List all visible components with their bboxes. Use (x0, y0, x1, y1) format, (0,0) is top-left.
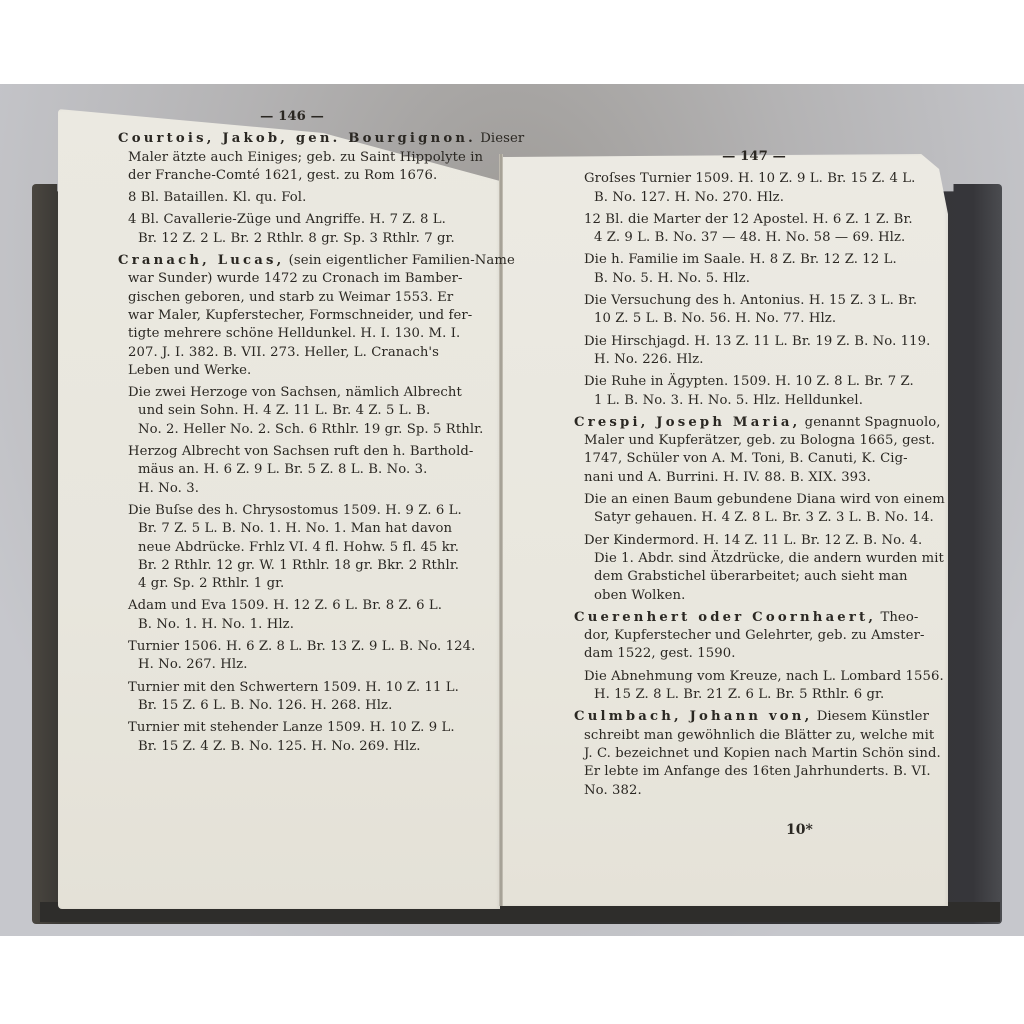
entry-line: 207. J. I. 382. B. VII. 273. Heller, L. … (118, 344, 456, 362)
work-entry: Herzog Albrecht von Sachsen ruft den h. … (118, 443, 456, 498)
page-number: — 146 — (118, 108, 456, 126)
entry-line: gischen geboren, und starb zu Weimar 155… (118, 289, 456, 307)
entry-line: Die Buſse des h. Chrysostomus 1509. H. 9… (128, 502, 456, 520)
entry-line: dor, Kupferstecher und Gelehrter, geb. z… (574, 627, 924, 645)
entry-line: 10 Z. 5 L. B. No. 56. H. No. 77. Hlz. (584, 310, 924, 328)
entry-line: Crespi, Joseph Maria, genannt Spagnuolo, (574, 414, 924, 432)
work-entry: 12 Bl. die Marter der 12 Apostel. H. 6 Z… (574, 211, 924, 248)
signature-mark: 10* (786, 822, 813, 838)
artist-name: Crespi, Joseph Maria, (574, 415, 800, 430)
entry-line-text: Diesem Künstler (817, 709, 929, 724)
entry-line: 1 L. B. No. 3. H. No. 5. Hlz. Helldunkel… (584, 392, 924, 410)
work-entry: Die Ruhe in Ägypten. 1509. H. 10 Z. 8 L.… (574, 373, 924, 410)
entry-line: J. C. bezeichnet und Kopien nach Martin … (574, 745, 924, 763)
work-entry: Die Abnehmung vom Kreuze, nach L. Lombar… (574, 668, 924, 705)
work-entry: Die h. Familie im Saale. H. 8 Z. Br. 12 … (574, 251, 924, 288)
work-entry: Groſses Turnier 1509. H. 10 Z. 9 L. Br. … (574, 170, 924, 207)
entry-line: Die Hirschjagd. H. 13 Z. 11 L. Br. 19 Z.… (584, 333, 924, 351)
entry-line: H. 15 Z. 8 L. Br. 21 Z. 6 L. Br. 5 Rthlr… (584, 686, 924, 704)
work-entry: 4 Bl. Cavallerie-Züge und Angriffe. H. 7… (118, 211, 456, 248)
work-entry: Die an einen Baum gebundene Diana wird v… (574, 491, 924, 528)
entry-line: Maler ätzte auch Einiges; geb. zu Saint … (118, 149, 456, 167)
entry-line-text: (sein eigentlicher Familien-Name (289, 253, 515, 268)
entry-line: B. No. 127. H. No. 270. Hlz. (584, 189, 924, 207)
work-entry: Turnier mit stehender Lanze 1509. H. 10 … (118, 719, 456, 756)
entry-line-text: Theo- (880, 610, 918, 625)
entry-line: der Franche-Comté 1621, gest. zu Rom 167… (118, 167, 456, 185)
entry-line: Die zwei Herzoge von Sachsen, nämlich Al… (128, 384, 456, 402)
entry-line: Br. 12 Z. 2 L. Br. 2 Rthlr. 8 gr. Sp. 3 … (128, 230, 456, 248)
right-page-text: — 147 — Groſses Turnier 1509. H. 10 Z. 9… (574, 148, 924, 800)
entry-line: Die Abnehmung vom Kreuze, nach L. Lombar… (584, 668, 924, 686)
entry-line: Groſses Turnier 1509. H. 10 Z. 9 L. Br. … (584, 170, 924, 188)
entry-line: Er lebte im Anfange des 16ten Jahrhunder… (574, 763, 924, 781)
entry-line: Cuerenhert oder Coornhaert, Theo- (574, 609, 924, 627)
artist-entry: Courtois, Jakob, gen. Bourgignon. Dieser… (118, 130, 456, 185)
entry-line: Br. 7 Z. 5 L. B. No. 1. H. No. 1. Man ha… (128, 520, 456, 538)
entry-line: Culmbach, Johann von, Diesem Künstler (574, 708, 924, 726)
entry-line-text: genannt Spagnuolo, (805, 415, 941, 430)
entry-line: Die h. Familie im Saale. H. 8 Z. Br. 12 … (584, 251, 924, 269)
entry-line: Leben und Werke. (118, 362, 456, 380)
artist-entry: Cranach, Lucas, (sein eigentlicher Famil… (118, 252, 456, 380)
entry-line: dam 1522, gest. 1590. (574, 645, 924, 663)
entry-line: Die 1. Abdr. sind Ätzdrücke, die andern … (584, 550, 924, 568)
work-entry: Der Kindermord. H. 14 Z. 11 L. Br. 12 Z.… (574, 532, 924, 605)
entry-line: 12 Bl. die Marter der 12 Apostel. H. 6 Z… (584, 211, 924, 229)
entry-line: Maler und Kupferätzer, geb. zu Bologna 1… (574, 432, 924, 450)
entry-list: Groſses Turnier 1509. H. 10 Z. 9 L. Br. … (574, 170, 924, 800)
entry-line-text: Dieser (480, 131, 524, 146)
work-entry: Turnier 1506. H. 6 Z. 8 L. Br. 13 Z. 9 L… (118, 638, 456, 675)
entry-line: Br. 15 Z. 6 L. B. No. 126. H. 268. Hlz. (128, 697, 456, 715)
work-entry: Die Buſse des h. Chrysostomus 1509. H. 9… (118, 502, 456, 593)
entry-line: 4 Z. 9 L. B. No. 37 — 48. H. No. 58 — 69… (584, 229, 924, 247)
page-number: — 147 — (574, 148, 924, 166)
entry-line: und sein Sohn. H. 4 Z. 11 L. Br. 4 Z. 5 … (128, 402, 456, 420)
entry-line: H. No. 267. Hlz. (128, 656, 456, 674)
entry-line: No. 382. (574, 782, 924, 800)
entry-line: Turnier mit stehender Lanze 1509. H. 10 … (128, 719, 456, 737)
work-entry: Die zwei Herzoge von Sachsen, nämlich Al… (118, 384, 456, 439)
entry-line: oben Wolken. (584, 587, 924, 605)
artist-name: Culmbach, Johann von, (574, 709, 812, 724)
artist-entry: Crespi, Joseph Maria, genannt Spagnuolo,… (574, 414, 924, 487)
entry-line: Br. 2 Rthlr. 12 gr. W. 1 Rthlr. 18 gr. B… (128, 557, 456, 575)
entry-line: Die Versuchung des h. Antonius. H. 15 Z.… (584, 292, 924, 310)
entry-line: mäus an. H. 6 Z. 9 L. Br. 5 Z. 8 L. B. N… (128, 461, 456, 479)
left-page-text: — 146 — Courtois, Jakob, gen. Bourgignon… (118, 108, 456, 756)
entry-line: 4 Bl. Cavallerie-Züge und Angriffe. H. 7… (128, 211, 456, 229)
entry-line: 4 gr. Sp. 2 Rthlr. 1 gr. (128, 575, 456, 593)
entry-line: Satyr gehauen. H. 4 Z. 8 L. Br. 3 Z. 3 L… (584, 509, 924, 527)
work-entry: Die Hirschjagd. H. 13 Z. 11 L. Br. 19 Z.… (574, 333, 924, 370)
work-entry: Turnier mit den Schwertern 1509. H. 10 Z… (118, 679, 456, 716)
entry-line: 8 Bl. Bataillen. Kl. qu. Fol. (128, 189, 456, 207)
work-entry: 8 Bl. Bataillen. Kl. qu. Fol. (118, 189, 456, 207)
entry-line: war Maler, Kupferstecher, Formschneider,… (118, 307, 456, 325)
entry-line: schreibt man gewöhnlich die Blätter zu, … (574, 727, 924, 745)
entry-line: neue Abdrücke. Frhlz VI. 4 fl. Hohw. 5 f… (128, 539, 456, 557)
entry-line: No. 2. Heller No. 2. Sch. 6 Rthlr. 19 gr… (128, 421, 456, 439)
entry-line: H. No. 226. Hlz. (584, 351, 924, 369)
entry-line: Turnier 1506. H. 6 Z. 8 L. Br. 13 Z. 9 L… (128, 638, 456, 656)
artist-entry: Cuerenhert oder Coornhaert, Theo-dor, Ku… (574, 609, 924, 664)
entry-line: B. No. 1. H. No. 1. Hlz. (128, 616, 456, 634)
entry-line: Adam und Eva 1509. H. 12 Z. 6 L. Br. 8 Z… (128, 597, 456, 615)
entry-line: Die an einen Baum gebundene Diana wird v… (584, 491, 924, 509)
entry-line: 1747, Schüler von A. M. Toni, B. Canuti,… (574, 450, 924, 468)
entry-line: Die Ruhe in Ägypten. 1509. H. 10 Z. 8 L.… (584, 373, 924, 391)
entry-line: tigte mehrere schöne Helldunkel. H. I. 1… (118, 325, 456, 343)
artist-entry: Culmbach, Johann von, Diesem Künstlersch… (574, 708, 924, 799)
entry-line: Cranach, Lucas, (sein eigentlicher Famil… (118, 252, 456, 270)
work-entry: Die Versuchung des h. Antonius. H. 15 Z.… (574, 292, 924, 329)
entry-line: dem Grabstichel überarbeitet; auch sieht… (584, 568, 924, 586)
entry-list: Courtois, Jakob, gen. Bourgignon. Dieser… (118, 130, 456, 756)
entry-line: Der Kindermord. H. 14 Z. 11 L. Br. 12 Z.… (584, 532, 924, 550)
entry-line: nani und A. Burrini. H. IV. 88. B. XIX. … (574, 469, 924, 487)
entry-line: B. No. 5. H. No. 5. Hlz. (584, 270, 924, 288)
entry-line: Herzog Albrecht von Sachsen ruft den h. … (128, 443, 456, 461)
artist-name: Courtois, Jakob, gen. Bourgignon. (118, 131, 476, 146)
artist-name: Cranach, Lucas, (118, 253, 284, 268)
work-entry: Adam und Eva 1509. H. 12 Z. 6 L. Br. 8 Z… (118, 597, 456, 634)
entry-line: H. No. 3. (128, 480, 456, 498)
entry-line: war Sunder) wurde 1472 zu Cronach im Bam… (118, 270, 456, 288)
artist-name: Cuerenhert oder Coornhaert, (574, 610, 876, 625)
entry-line: Br. 15 Z. 4 Z. B. No. 125. H. No. 269. H… (128, 738, 456, 756)
entry-line: Courtois, Jakob, gen. Bourgignon. Dieser (118, 130, 456, 148)
entry-line: Turnier mit den Schwertern 1509. H. 10 Z… (128, 679, 456, 697)
